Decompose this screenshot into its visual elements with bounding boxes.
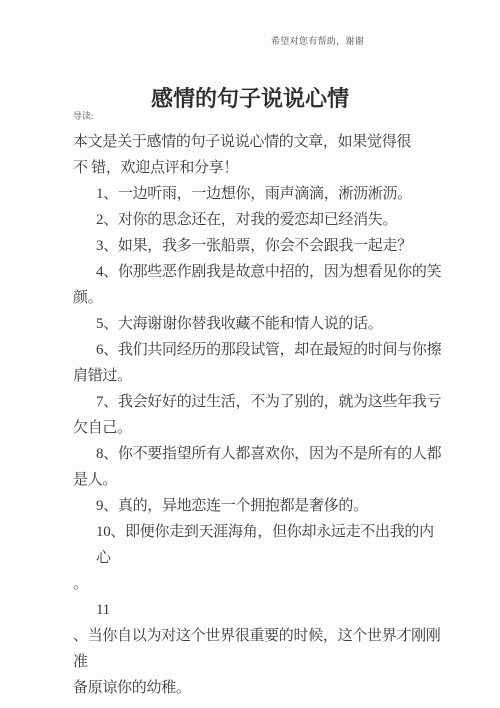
body-line: 颜。 bbox=[73, 285, 443, 311]
body-line: 11 bbox=[73, 597, 443, 623]
body-line: 。 bbox=[73, 571, 443, 597]
body-line: 肩错过。 bbox=[73, 363, 443, 389]
page-title: 感情的句子说说心情 bbox=[0, 85, 500, 113]
body-line: 9、真的，异地恋连一个拥抱都是奢侈的。 bbox=[73, 493, 443, 519]
body-line: 10、即便你走到天涯海角，但你却永远走不出我的内心 bbox=[73, 519, 443, 571]
body-line: 6、我们共同经历的那段试管，却在最短的时间与你擦 bbox=[73, 337, 443, 363]
body-line: 本文是关于感情的句子说说心情的文章，如果觉得很 bbox=[73, 129, 443, 155]
body-line: 不 错，欢迎点评和分享！ bbox=[73, 155, 443, 181]
body-line: 3、如果，我多一张船票，你会不会跟我一起走？ bbox=[73, 233, 443, 259]
body-line: 是人。 bbox=[73, 467, 443, 493]
body-line: 5、大海谢谢你替我收藏不能和情人说的话。 bbox=[73, 311, 443, 337]
header-note: 希望对您有帮助，谢谢 bbox=[271, 35, 364, 47]
body-line: 4、你那些恶作剧我是故意中招的，因为想看见你的笑 bbox=[73, 259, 443, 285]
lead-label: 导读: bbox=[73, 110, 94, 122]
document-page: 希望对您有帮助，谢谢 感情的句子说说心情 导读: 本文是关于感情的句子说说心情的… bbox=[0, 0, 500, 708]
body-line: 1、一边听雨，一边想你，雨声滴滴，淅沥淅沥。 bbox=[73, 181, 443, 207]
body-line: 、当你自以为对这个世界很重要的时候，这个世界才刚刚准 bbox=[73, 623, 443, 675]
body-line: 8、你不要指望所有人都喜欢你，因为不是所有的人都 bbox=[73, 441, 443, 467]
body-line: 欠自己。 bbox=[73, 415, 443, 441]
body-line: 7、我会好好的过生活，不为了别的，就为这些年我亏 bbox=[73, 389, 443, 415]
body-lines: 本文是关于感情的句子说说心情的文章，如果觉得很不 错，欢迎点评和分享！1、一边听… bbox=[73, 129, 443, 701]
body-line: 2、对你的思念还在，对我的爱恋却已经消失。 bbox=[73, 207, 443, 233]
body-line: 备原谅你的幼稚。 bbox=[73, 675, 443, 701]
